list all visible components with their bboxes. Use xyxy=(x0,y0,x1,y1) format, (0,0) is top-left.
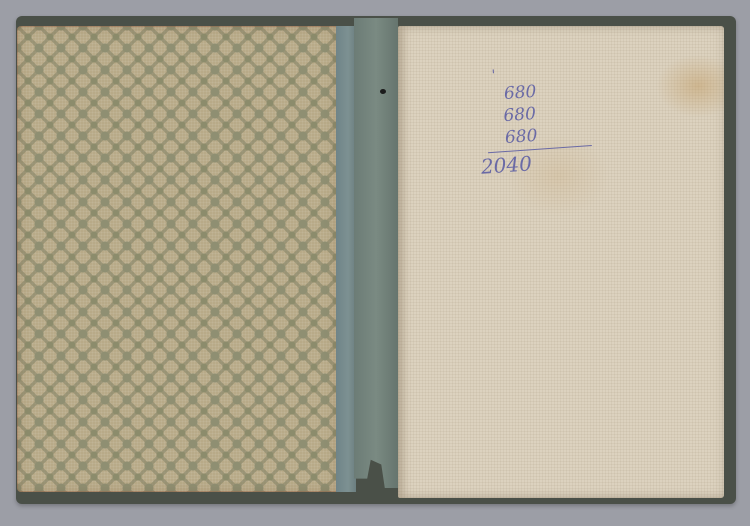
patterned-endpaper-left xyxy=(17,26,337,492)
spine-hole-mark xyxy=(380,89,386,94)
book-spine xyxy=(354,18,398,488)
handwritten-sum: ' 680 680 680 2040 xyxy=(475,65,622,178)
spine-hinge xyxy=(336,26,356,492)
open-book-photo: ' 680 680 680 2040 xyxy=(0,0,750,526)
